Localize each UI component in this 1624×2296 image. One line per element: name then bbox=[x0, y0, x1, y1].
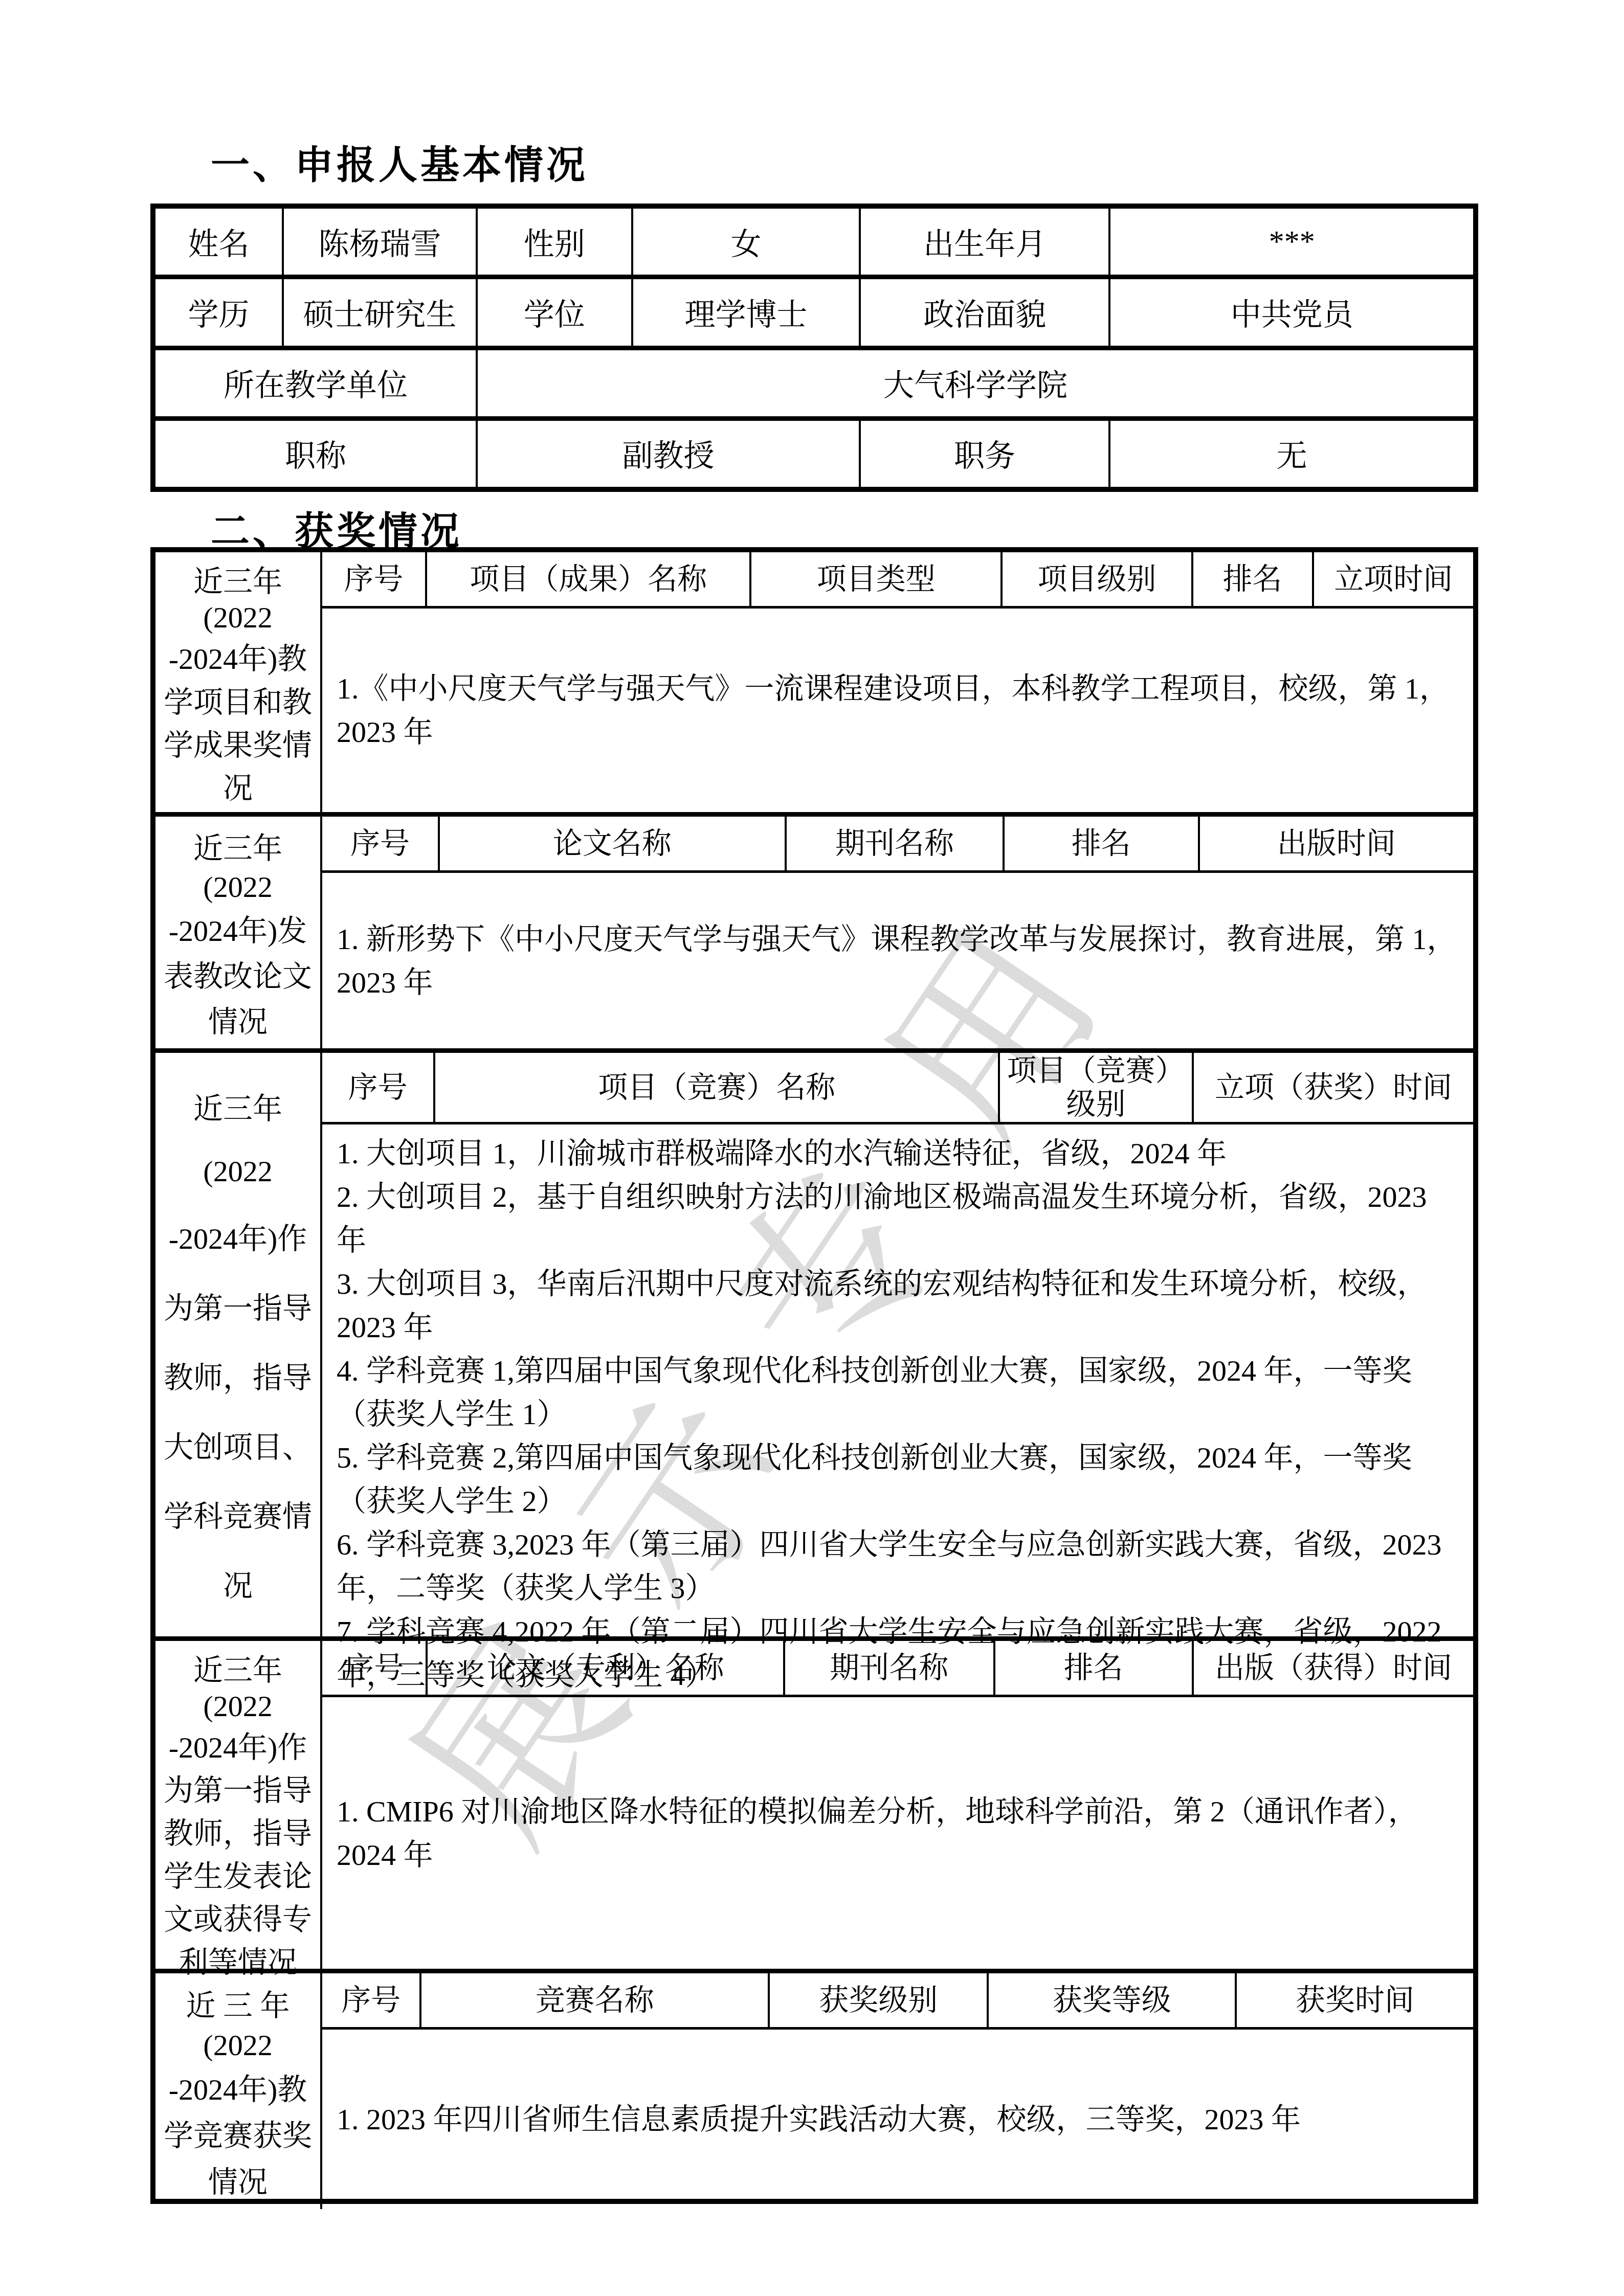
block-body: 序号 项目（竞赛）名称 项目（竞赛）级别 立项（获奖）时间 1. 大创项目 1，… bbox=[322, 1053, 1473, 1636]
column-header: 序号 bbox=[322, 1973, 419, 2027]
label-line: 近三年 bbox=[193, 557, 282, 600]
header-row: 序号 项目（成果）名称 项目类型 项目级别 排名 立项时间 bbox=[322, 552, 1473, 609]
label-line: 学竞赛获奖 bbox=[164, 2111, 312, 2154]
award-entry: 6. 学科竞赛 3,2023 年（第三届）四川省大学生安全与应急创新实践大赛，省… bbox=[337, 1523, 1459, 1610]
label-line: (2022 bbox=[203, 1154, 272, 1188]
block-body: 序号 论文（专利）名称 期刊名称 排名 出版（获得）时间 1. CMIP6 对川… bbox=[322, 1641, 1473, 1969]
label-line: 近三年 bbox=[193, 1085, 282, 1128]
header-row: 序号 论文（专利）名称 期刊名称 排名 出版（获得）时间 bbox=[322, 1641, 1473, 1697]
label-line: 学成果奖情 bbox=[164, 721, 312, 764]
label-line: 近 三 年 bbox=[186, 1982, 290, 2024]
label-line: 况 bbox=[223, 1562, 253, 1605]
birth-value: *** bbox=[1108, 209, 1473, 275]
block-label: 近三年(2022-2024年)作为第一指导教师，指导大创项目、学科竞赛情况 bbox=[155, 1053, 322, 1636]
column-header: 排名 bbox=[1003, 817, 1198, 870]
column-header: 出版时间 bbox=[1198, 817, 1473, 870]
column-header: 排名 bbox=[993, 1641, 1192, 1695]
education-value: 硕士研究生 bbox=[282, 279, 476, 345]
column-header: 项目（竞赛）名称 bbox=[433, 1053, 998, 1122]
label-line: 学科竞赛情 bbox=[164, 1492, 312, 1535]
table-row: 职称 副教授 职务 无 bbox=[155, 416, 1473, 487]
name-label: 姓名 bbox=[155, 209, 282, 275]
column-header: 项目级别 bbox=[1000, 552, 1191, 606]
awards-block-student-competitions: 近三年(2022-2024年)作为第一指导教师，指导大创项目、学科竞赛情况 序号… bbox=[155, 1048, 1473, 1636]
table-row: 学历 硕士研究生 学位 理学博士 政治面貌 中共党员 bbox=[155, 275, 1473, 345]
gender-value: 女 bbox=[631, 209, 859, 275]
label-line: 学项目和教 bbox=[164, 678, 312, 721]
political-label: 政治面貌 bbox=[859, 279, 1108, 345]
document-page: 展示专用 一、申报人基本情况 姓名 陈杨瑞雪 性别 女 出生年月 *** 学历 … bbox=[0, 0, 1624, 2296]
column-header: 立项（获奖）时间 bbox=[1192, 1053, 1473, 1122]
award-entry: 1. 2023 年四川省师生信息素质提升实践活动大赛，校级，三等奖，2023 年 bbox=[337, 2098, 1459, 2141]
label-line: -2024年)教 bbox=[169, 635, 307, 678]
block-content: 1. 新形势下《中小尺度天气学与强天气》课程教学改革与发展探讨，教育进展，第 1… bbox=[322, 873, 1473, 1048]
title-value: 副教授 bbox=[476, 421, 859, 487]
label-line: -2024年)作 bbox=[169, 1723, 307, 1766]
award-entry: 4. 学科竞赛 1,第四届中国气象现代化科技创新创业大赛，国家级，2024 年，… bbox=[337, 1349, 1459, 1436]
gender-label: 性别 bbox=[476, 209, 631, 275]
column-header: 期刊名称 bbox=[783, 1641, 993, 1695]
label-line: (2022 bbox=[203, 870, 272, 904]
column-header: 出版（获得）时间 bbox=[1192, 1641, 1473, 1695]
column-header: 立项时间 bbox=[1312, 552, 1473, 606]
label-line: 情况 bbox=[208, 998, 268, 1041]
label-line: -2024年)教 bbox=[169, 2065, 307, 2108]
header-row: 序号 竞赛名称 获奖级别 获奖等级 获奖时间 bbox=[322, 1973, 1473, 2030]
degree-label: 学位 bbox=[476, 279, 631, 345]
table-row: 所在教学单位 大气科学学院 bbox=[155, 346, 1473, 416]
label-line: 况 bbox=[223, 764, 253, 807]
column-header: 序号 bbox=[322, 552, 425, 606]
label-line: 表教改论文 bbox=[164, 952, 312, 995]
block-label: 近 三 年(2022-2024年)教学竞赛获奖情况 bbox=[155, 1973, 322, 2209]
unit-label: 所在教学单位 bbox=[155, 350, 476, 416]
label-line: 为第一指导 bbox=[164, 1766, 312, 1809]
label-line: 教师，指导 bbox=[164, 1354, 312, 1397]
header-row: 序号 项目（竞赛）名称 项目（竞赛）级别 立项（获奖）时间 bbox=[322, 1053, 1473, 1124]
column-header: 论文（专利）名称 bbox=[426, 1641, 783, 1695]
label-line: 学生发表论 bbox=[164, 1852, 312, 1895]
column-header: 序号 bbox=[322, 1053, 433, 1122]
block-label: 近三年(2022-2024年)作为第一指导教师，指导学生发表论文或获得专利等情况 bbox=[155, 1641, 322, 1969]
block-body: 序号 论文名称 期刊名称 排名 出版时间 1. 新形势下《中小尺度天气学与强天气… bbox=[322, 817, 1473, 1048]
block-content: 1. CMIP6 对川渝地区降水特征的模拟偏差分析，地球科学前沿，第 2（通讯作… bbox=[322, 1697, 1473, 1969]
label-line: 近三年 bbox=[193, 1646, 282, 1689]
block-label: 近三年(2022-2024年)教学项目和教学成果奖情况 bbox=[155, 552, 322, 812]
degree-value: 理学博士 bbox=[631, 279, 859, 345]
header-row: 序号 论文名称 期刊名称 排名 出版时间 bbox=[322, 817, 1473, 873]
label-line: 大创项目、 bbox=[164, 1423, 312, 1466]
birth-label: 出生年月 bbox=[859, 209, 1108, 275]
awards-block-student-papers: 近三年(2022-2024年)作为第一指导教师，指导学生发表论文或获得专利等情况… bbox=[155, 1636, 1473, 1969]
block-content: 1.《中小尺度天气学与强天气》一流课程建设项目，本科教学工程项目，校级，第 1，… bbox=[322, 609, 1473, 812]
table-row: 姓名 陈杨瑞雪 性别 女 出生年月 *** bbox=[155, 209, 1473, 275]
label-line: 文或获得专 bbox=[164, 1895, 312, 1938]
block-content: 1. 大创项目 1，川渝城市群极端降水的水汽输送特征，省级，2024 年2. 大… bbox=[322, 1124, 1473, 1704]
block-content: 1. 2023 年四川省师生信息素质提升实践活动大赛，校级，三等奖，2023 年 bbox=[322, 2030, 1473, 2209]
block-body: 序号 项目（成果）名称 项目类型 项目级别 排名 立项时间 1.《中小尺度天气学… bbox=[322, 552, 1473, 812]
label-line: 情况 bbox=[208, 2158, 268, 2201]
awards-block-reform-papers: 近三年(2022-2024年)发表教改论文情况 序号 论文名称 期刊名称 排名 … bbox=[155, 812, 1473, 1048]
column-header: 项目（竞赛）级别 bbox=[998, 1053, 1192, 1122]
column-header: 期刊名称 bbox=[785, 817, 1003, 870]
label-line: 为第一指导 bbox=[164, 1284, 312, 1327]
column-header: 项目（成果）名称 bbox=[425, 552, 749, 606]
awards-block-teaching-projects: 近三年(2022-2024年)教学项目和教学成果奖情况 序号 项目（成果）名称 … bbox=[155, 552, 1473, 812]
awards-block-teaching-competitions: 近 三 年(2022-2024年)教学竞赛获奖情况 序号 竞赛名称 获奖级别 获… bbox=[155, 1969, 1473, 2209]
label-line: (2022 bbox=[203, 2028, 272, 2062]
award-entry: 1. 新形势下《中小尺度天气学与强天气》课程教学改革与发展探讨，教育进展，第 1… bbox=[337, 917, 1459, 1004]
position-value: 无 bbox=[1108, 421, 1473, 487]
award-entry: 1.《中小尺度天气学与强天气》一流课程建设项目，本科教学工程项目，校级，第 1，… bbox=[337, 667, 1459, 754]
label-line: -2024年)作 bbox=[169, 1214, 307, 1257]
column-header: 排名 bbox=[1191, 552, 1312, 606]
label-line: 教师，指导 bbox=[164, 1809, 312, 1852]
title-label: 职称 bbox=[155, 421, 476, 487]
award-entry: 1. CMIP6 对川渝地区降水特征的模拟偏差分析，地球科学前沿，第 2（通讯作… bbox=[337, 1790, 1459, 1877]
award-entry: 3. 大创项目 3，华南后汛期中尺度对流系统的宏观结构特征和发生环境分析，校级，… bbox=[337, 1262, 1459, 1349]
column-header: 项目类型 bbox=[749, 552, 1000, 606]
basic-info-table: 姓名 陈杨瑞雪 性别 女 出生年月 *** 学历 硕士研究生 学位 理学博士 政… bbox=[150, 204, 1478, 492]
label-line: (2022 bbox=[203, 1689, 272, 1723]
awards-table: 近三年(2022-2024年)教学项目和教学成果奖情况 序号 项目（成果）名称 … bbox=[150, 547, 1478, 2204]
label-line: 近三年 bbox=[193, 824, 282, 867]
column-header: 获奖等级 bbox=[987, 1973, 1235, 2027]
block-body: 序号 竞赛名称 获奖级别 获奖等级 获奖时间 1. 2023 年四川省师生信息素… bbox=[322, 1973, 1473, 2209]
award-entry: 2. 大创项目 2，基于自组织映射方法的川渝地区极端高温发生环境分析，省级，20… bbox=[337, 1175, 1459, 1262]
label-line: (2022 bbox=[203, 600, 272, 635]
column-header: 竞赛名称 bbox=[419, 1973, 768, 2027]
position-label: 职务 bbox=[859, 421, 1108, 487]
label-line: -2024年)发 bbox=[169, 907, 307, 950]
column-header: 论文名称 bbox=[438, 817, 785, 870]
column-header: 序号 bbox=[322, 1641, 426, 1695]
political-value: 中共党员 bbox=[1108, 279, 1473, 345]
award-entry: 1. 大创项目 1，川渝城市群极端降水的水汽输送特征，省级，2024 年 bbox=[337, 1132, 1459, 1175]
unit-value: 大气科学学院 bbox=[476, 350, 1473, 416]
column-header: 获奖时间 bbox=[1235, 1973, 1473, 2027]
award-entry: 5. 学科竞赛 2,第四届中国气象现代化科技创新创业大赛，国家级，2024 年，… bbox=[337, 1436, 1459, 1523]
column-header: 序号 bbox=[322, 817, 438, 870]
name-value: 陈杨瑞雪 bbox=[282, 209, 476, 275]
column-header: 获奖级别 bbox=[768, 1973, 987, 2027]
block-label: 近三年(2022-2024年)发表教改论文情况 bbox=[155, 817, 322, 1048]
section1-title: 一、申报人基本情况 bbox=[211, 134, 588, 190]
education-label: 学历 bbox=[155, 279, 282, 345]
